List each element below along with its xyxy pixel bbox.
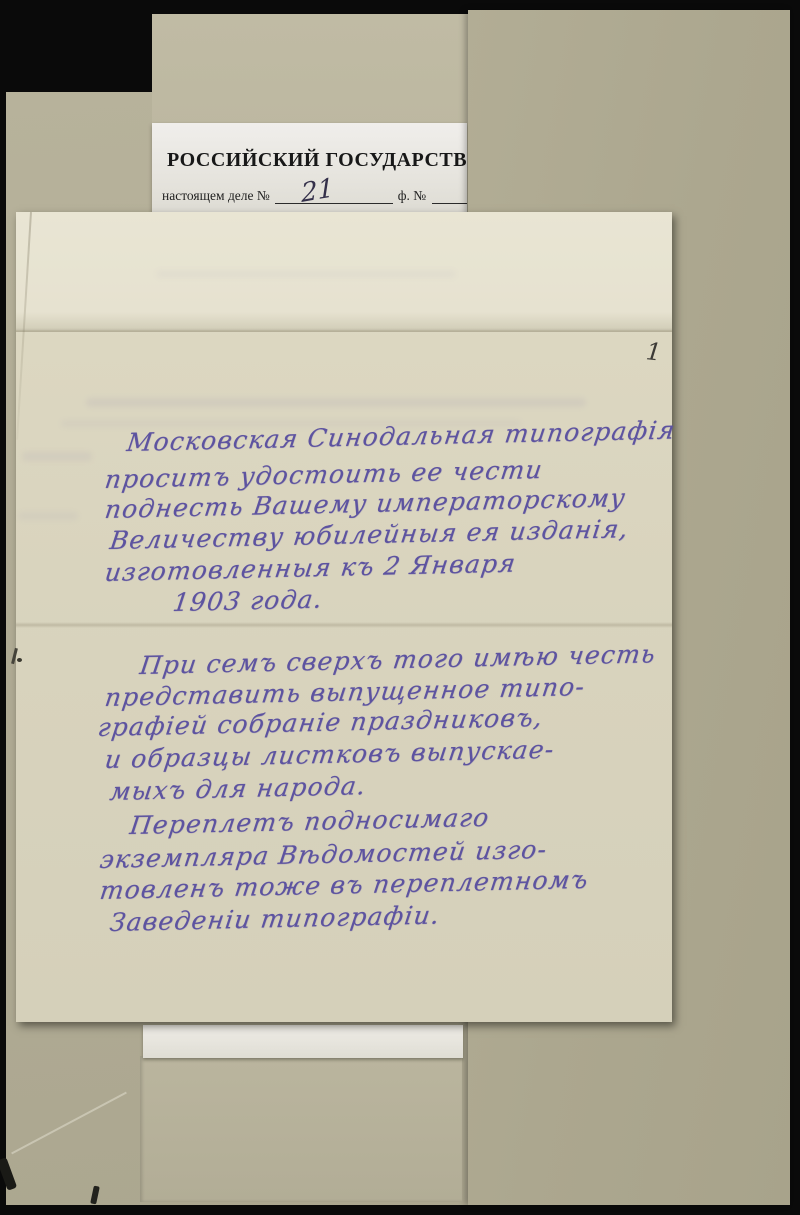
archive-stamp-title: РОССИЙСКИЙ ГОСУДАРСТВЕНН xyxy=(167,149,467,172)
ink-bleedthrough xyxy=(86,398,586,407)
case-field-label: настоящем деле № xyxy=(162,188,270,204)
handwriting-line: изготовленныя къ 2 Января xyxy=(103,549,518,587)
page-fold-crease xyxy=(16,622,672,628)
ink-bleedthrough xyxy=(22,452,92,461)
archive-stamp-fields: настоящем деле № 21 ф. № xyxy=(162,187,467,204)
archive-sticker-label: РОССИЙСКИЙ ГОСУДАРСТВЕНН настоящем деле … xyxy=(152,123,467,213)
handwriting-line: Заведеніи типографіи. xyxy=(108,900,442,937)
handwriting-line: мыхъ для народа. xyxy=(108,771,368,806)
case-number-field: 21 xyxy=(275,187,393,204)
ink-bleedthrough xyxy=(156,270,456,278)
metal-fastener xyxy=(8,646,24,670)
page-fold-crease xyxy=(16,312,672,332)
ink-bleedthrough xyxy=(18,512,78,520)
handwriting-line: Переплетъ подносимаго xyxy=(128,803,492,840)
photo-backdrop: РОССИЙСКИЙ ГОСУДАРСТВЕНН настоящем деле … xyxy=(0,0,800,1215)
letter-page: 1 Московская Синодальная типографія прос… xyxy=(16,212,672,1022)
lower-paper-sheet xyxy=(140,1056,462,1202)
white-paper-strip xyxy=(143,1025,463,1058)
folio-number: 1 xyxy=(645,337,663,366)
handwriting-line: 1903 года. xyxy=(171,585,325,617)
fastener-pin xyxy=(11,648,18,664)
fond-field-label: ф. № xyxy=(398,188,426,204)
handwriting-line: и образцы листковъ выпускае- xyxy=(103,735,557,774)
fond-number-field xyxy=(432,187,467,204)
fastener-dot xyxy=(17,658,22,662)
case-number-handwritten: 21 xyxy=(301,173,335,209)
